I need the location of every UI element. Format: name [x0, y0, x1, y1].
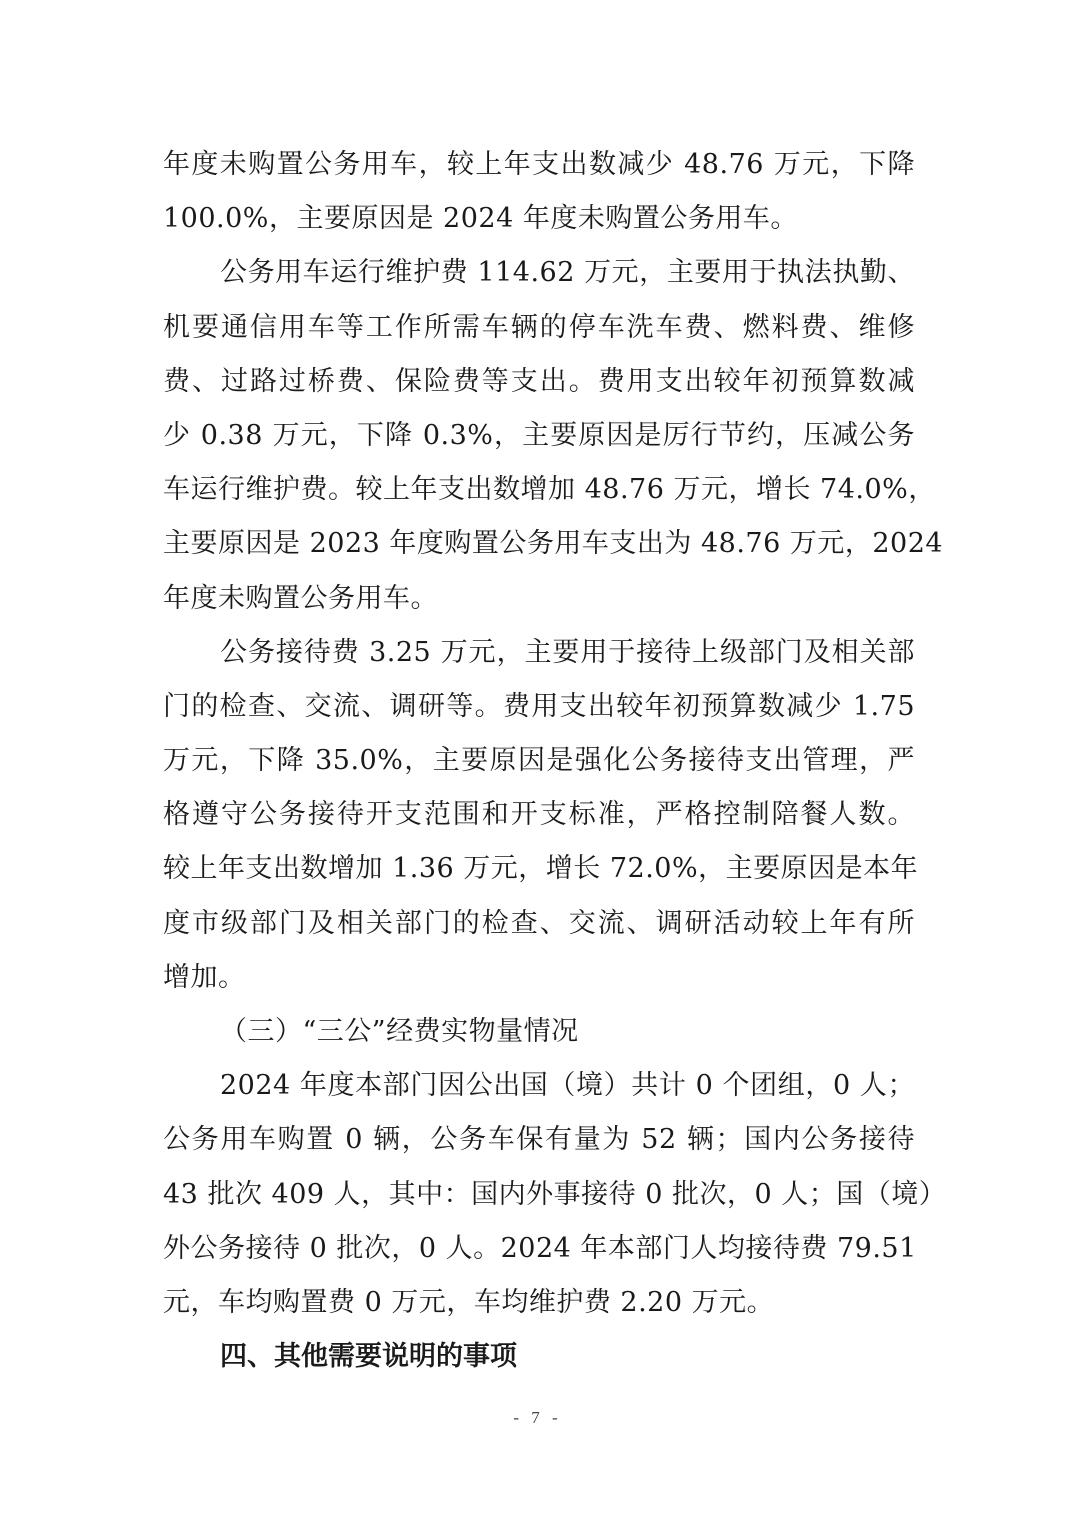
page-body: 年度未购置公务用车，较上年支出数减少 48.76 万元，下降 100.0%，主要…: [163, 138, 915, 1384]
text-line: 外公务接待 0 批次，0 人。2024 年本部门人均接待费 79.51: [163, 1222, 915, 1276]
text-line: 2024 年度本部门因公出国（境）共计 0 个团组，0 人；: [163, 1059, 915, 1113]
text-line: 主要原因是 2023 年度购置公务用车支出为 48.76 万元，2024: [163, 517, 915, 571]
text-line: 少 0.38 万元，下降 0.3%，主要原因是厉行节约，压减公务: [163, 409, 915, 463]
subsection-title: （三）“三公”经费实物量情况: [163, 1005, 915, 1059]
page-number: - 7 -: [0, 1408, 1075, 1428]
text-line: 机要通信用车等工作所需车辆的停车洗车费、燃料费、维修: [163, 301, 915, 355]
text-line: 费、过路过桥费、保险费等支出。费用支出较年初预算数减: [163, 355, 915, 409]
text-line: 公务用车运行维护费 114.62 万元，主要用于执法执勤、: [163, 246, 915, 300]
document-page: 年度未购置公务用车，较上年支出数减少 48.76 万元，下降 100.0%，主要…: [0, 0, 1075, 1520]
text-line: 较上年支出数增加 1.36 万元，增长 72.0%，主要原因是本年: [163, 842, 915, 896]
text-line: 度市级部门及相关部门的检查、交流、调研活动较上年有所: [163, 897, 915, 951]
paragraph-reception: 公务接待费 3.25 万元，主要用于接待上级部门及相关部 门的检查、交流、调研等…: [163, 626, 915, 1005]
text-line: 增加。: [163, 951, 915, 1005]
text-line: 100.0%，主要原因是 2024 年度未购置公务用车。: [163, 192, 915, 246]
paragraph-physical-quantity: 2024 年度本部门因公出国（境）共计 0 个团组，0 人； 公务用车购置 0 …: [163, 1059, 915, 1330]
text-line: 公务接待费 3.25 万元，主要用于接待上级部门及相关部: [163, 626, 915, 680]
text-line: 年度未购置公务用车，较上年支出数减少 48.76 万元，下降: [163, 138, 915, 192]
text-line: 格遵守公务接待开支范围和开支标准，严格控制陪餐人数。: [163, 788, 915, 842]
text-line: 车运行维护费。较上年支出数增加 48.76 万元，增长 74.0%，: [163, 463, 915, 517]
text-line: 43 批次 409 人，其中：国内外事接待 0 批次，0 人；国（境）: [163, 1168, 915, 1222]
text-line: 元，车均购置费 0 万元，车均维护费 2.20 万元。: [163, 1276, 915, 1330]
paragraph-car-purchase-continuation: 年度未购置公务用车，较上年支出数减少 48.76 万元，下降 100.0%，主要…: [163, 138, 915, 246]
text-line: 公务用车购置 0 辆，公务车保有量为 52 辆；国内公务接待: [163, 1113, 915, 1167]
text-line: 万元，下降 35.0%，主要原因是强化公务接待支出管理，严: [163, 734, 915, 788]
section-heading: 四、其他需要说明的事项: [163, 1330, 915, 1384]
paragraph-car-maintenance: 公务用车运行维护费 114.62 万元，主要用于执法执勤、 机要通信用车等工作所…: [163, 246, 915, 625]
text-line: 门的检查、交流、调研等。费用支出较年初预算数减少 1.75: [163, 680, 915, 734]
text-line: 年度未购置公务用车。: [163, 572, 915, 626]
